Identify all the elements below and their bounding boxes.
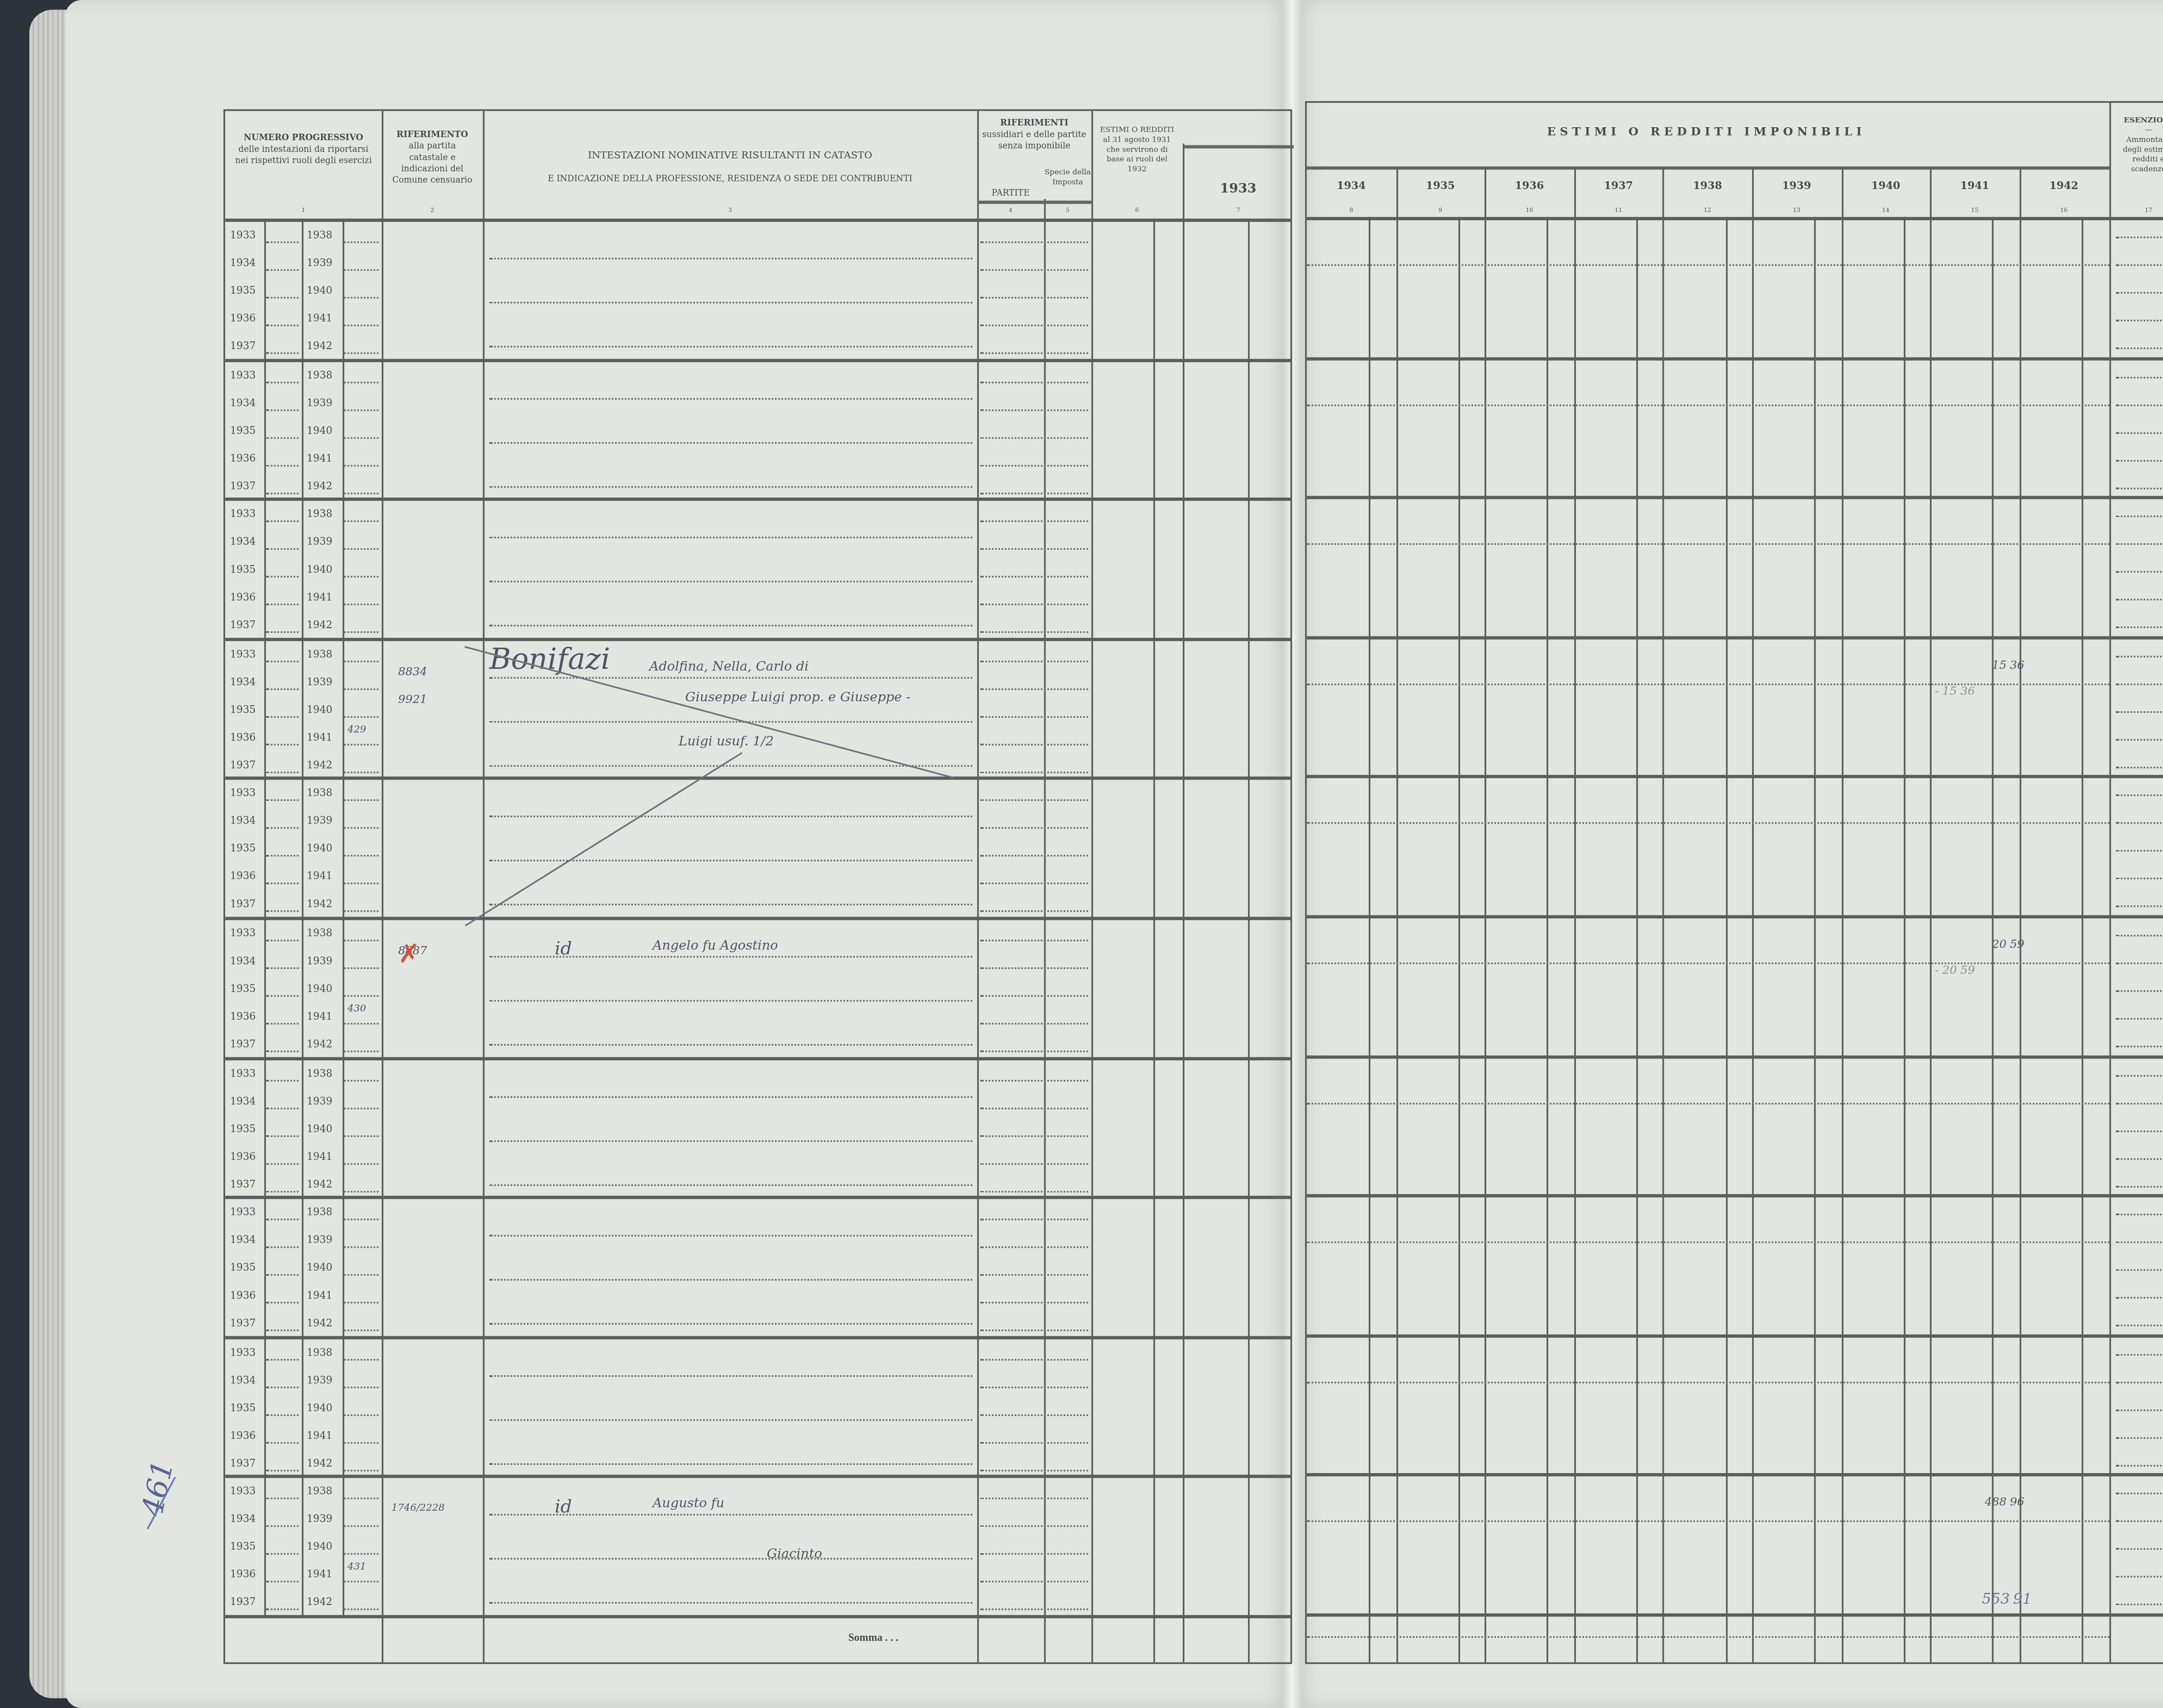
name-line[interactable] [489, 441, 972, 443]
cents-divider [1725, 217, 1727, 1663]
somma-line[interactable] [1307, 1636, 2109, 1638]
entry-line[interactable] [980, 1581, 1088, 1583]
block-divider [225, 358, 1290, 362]
entry-line[interactable] [266, 492, 298, 494]
esenzioni-line[interactable] [2116, 906, 2163, 908]
header-rule [1307, 167, 2109, 170]
block-divider [1307, 636, 2163, 639]
entry-line[interactable] [980, 437, 1088, 438]
entry-line[interactable] [266, 1135, 298, 1137]
value-line[interactable] [1307, 404, 2109, 406]
year-header: 1937 [1574, 181, 1663, 193]
entry-line[interactable] [266, 1358, 298, 1360]
entry-line[interactable] [266, 1470, 298, 1471]
entry-line[interactable] [266, 688, 298, 690]
entry-line[interactable] [344, 1247, 379, 1249]
entry-line[interactable] [344, 324, 379, 326]
entry-line[interactable] [980, 995, 1088, 997]
esenzioni-line[interactable] [2116, 599, 2163, 601]
entry-line[interactable] [266, 1442, 298, 1444]
entry-line[interactable] [980, 381, 1088, 383]
entry-line[interactable] [266, 297, 298, 299]
entry-line[interactable] [266, 632, 298, 633]
year-label: 1938 [307, 1487, 332, 1498]
block-divider [1307, 1055, 2163, 1058]
year-label: 1940 [307, 844, 332, 855]
entry-line[interactable] [344, 632, 379, 633]
header-esenzioni: ESENZIONI — Ammontare degli estimi o red… [2109, 117, 2163, 176]
year-label: 1940 [307, 984, 332, 995]
year-label: 1938 [307, 509, 332, 520]
name-line[interactable] [489, 1235, 972, 1237]
entry-line[interactable] [266, 1107, 298, 1109]
esenzioni-line[interactable] [2116, 1242, 2163, 1243]
entry-line[interactable] [980, 800, 1088, 802]
name-line[interactable] [489, 1000, 972, 1002]
esenzioni-line[interactable] [2116, 432, 2163, 433]
entry-line[interactable] [266, 1023, 298, 1024]
name-line[interactable] [489, 1463, 972, 1465]
name-line[interactable] [489, 1184, 972, 1185]
entry-line[interactable] [266, 1498, 298, 1500]
entry-line[interactable] [980, 241, 1088, 243]
esenzioni-line[interactable] [2116, 711, 2163, 713]
entry-line[interactable] [344, 1135, 379, 1137]
entry-line[interactable] [266, 1581, 298, 1583]
entry-line[interactable] [266, 995, 298, 997]
year-header: 1939 [1752, 181, 1841, 193]
entry-line[interactable] [344, 1190, 379, 1192]
entry-line[interactable] [980, 1190, 1088, 1192]
year-label: 1937 [230, 1319, 256, 1330]
year-label: 1937 [230, 1039, 256, 1050]
esenzioni-line[interactable] [2116, 1493, 2163, 1495]
esenzioni-line[interactable] [2116, 543, 2163, 545]
entry-line[interactable] [980, 1079, 1088, 1081]
entry-line[interactable] [266, 855, 298, 857]
entry-line[interactable] [266, 967, 298, 969]
entry-line[interactable] [980, 1162, 1088, 1164]
entry-line[interactable] [980, 1609, 1088, 1611]
header-bottom-rule [225, 218, 1290, 222]
esenzioni-line[interactable] [2116, 571, 2163, 573]
entry-line[interactable] [266, 576, 298, 578]
entry-line[interactable] [344, 1219, 379, 1220]
entry-line[interactable] [980, 688, 1088, 690]
value-line[interactable] [1307, 1102, 2109, 1104]
entry-line[interactable] [266, 1386, 298, 1388]
entry-line[interactable] [344, 549, 379, 550]
name-line[interactable] [489, 765, 972, 767]
esenzioni-line[interactable] [2116, 878, 2163, 880]
entry-line[interactable] [266, 604, 298, 606]
col-number: 13 [1752, 207, 1841, 214]
name-line[interactable] [489, 860, 972, 862]
name-line[interactable] [489, 485, 972, 487]
entry-line[interactable] [980, 1470, 1088, 1471]
esenzioni-line[interactable] [2116, 347, 2163, 349]
entry-line[interactable] [266, 744, 298, 745]
entry-line[interactable] [980, 632, 1088, 633]
header-col1-sub: delle intestazioni da riportarsi nei ris… [225, 145, 382, 168]
entry-line[interactable] [344, 1358, 379, 1360]
esenzioni-line[interactable] [2116, 1464, 2163, 1466]
entry-line[interactable] [344, 771, 379, 773]
entry-line[interactable] [344, 409, 379, 411]
year-label: 1938 [307, 369, 332, 381]
entry-line[interactable] [980, 521, 1088, 523]
esenzioni-line[interactable] [2116, 795, 2163, 797]
esenzioni-line[interactable] [2116, 1325, 2163, 1327]
esenzioni-line[interactable] [2116, 1130, 2163, 1132]
entry-line[interactable] [344, 744, 379, 745]
entry-line[interactable] [266, 828, 298, 829]
name-line[interactable] [489, 1279, 972, 1281]
entry-line[interactable] [344, 521, 379, 523]
entry-line[interactable] [980, 1135, 1088, 1137]
esenzioni-line[interactable] [2116, 767, 2163, 768]
entry-line[interactable] [266, 324, 298, 326]
entry-line[interactable] [344, 1581, 379, 1583]
value-line[interactable] [1307, 264, 2109, 266]
name-line[interactable] [489, 1140, 972, 1141]
entry-line[interactable] [344, 940, 379, 941]
entry-line[interactable] [344, 1275, 379, 1276]
entry-line[interactable] [344, 1107, 379, 1109]
name-line[interactable] [489, 816, 972, 818]
entry-line[interactable] [980, 1050, 1088, 1052]
esenzioni-line[interactable] [2116, 1381, 2163, 1383]
entry-line[interactable] [266, 1079, 298, 1081]
header-col1: NUMERO PROGRESSIVO delle intestazioni da… [225, 134, 382, 168]
entry-line[interactable] [266, 521, 298, 523]
entry-line[interactable] [344, 1554, 379, 1555]
col-divider [1153, 218, 1155, 1662]
form-code: Mod. III - Imposte Dirette (Intercalare)… [2121, 75, 2163, 86]
entry-line[interactable] [344, 911, 379, 913]
entry-line[interactable] [266, 269, 298, 271]
year-label: 1939 [307, 398, 332, 409]
value-line[interactable] [1307, 543, 2109, 545]
block-divider [1307, 1334, 2163, 1338]
esenzioni-line[interactable] [2116, 963, 2163, 964]
cents-divider [2082, 217, 2083, 1663]
esenzioni-line[interactable] [2116, 376, 2163, 378]
entry-line[interactable] [980, 324, 1088, 326]
entry-line[interactable] [980, 911, 1088, 913]
entry-line[interactable] [980, 660, 1088, 662]
entry-line[interactable] [266, 800, 298, 802]
entry-line[interactable] [980, 297, 1088, 299]
entry-line[interactable] [344, 241, 379, 243]
year-label: 1935 [230, 1263, 256, 1274]
entry-line[interactable] [344, 1386, 379, 1388]
entry-line[interactable] [344, 492, 379, 494]
entry-line[interactable] [980, 1330, 1088, 1332]
entry-line[interactable] [980, 1414, 1088, 1416]
year-label: 1937 [230, 481, 256, 492]
esenzioni-line[interactable] [2116, 1158, 2163, 1159]
entry-line[interactable] [344, 1023, 379, 1024]
name-line[interactable] [489, 302, 972, 304]
entry-line[interactable] [266, 1219, 298, 1220]
entry-line[interactable] [344, 352, 379, 354]
esenzioni-line[interactable] [2116, 487, 2163, 489]
entry-line[interactable] [980, 1442, 1088, 1444]
entry-line[interactable] [344, 688, 379, 690]
entry-line[interactable] [266, 464, 298, 466]
entry-line[interactable] [344, 464, 379, 466]
header-col4-5-sub: sussidiari e delle partite senza imponib… [977, 131, 1091, 154]
name-line[interactable] [489, 904, 972, 906]
entry-line[interactable] [980, 604, 1088, 606]
entry-line[interactable] [344, 1302, 379, 1304]
esenzioni-line[interactable] [2116, 1297, 2163, 1299]
entry-line[interactable] [980, 1219, 1088, 1220]
block-divider [1307, 915, 2163, 918]
esenzioni-line[interactable] [2116, 1214, 2163, 1216]
value-line[interactable] [1307, 1381, 2109, 1383]
entry-line[interactable] [980, 855, 1088, 857]
esenzioni-title: ESENZIONI [2109, 117, 2163, 127]
entry-line[interactable] [266, 1275, 298, 1276]
entry-line[interactable] [344, 297, 379, 299]
entry-line[interactable] [266, 911, 298, 913]
value-line[interactable] [1307, 823, 2109, 825]
esenzioni-line[interactable] [2116, 1354, 2163, 1355]
year-label: 1938 [307, 928, 332, 940]
entry-line[interactable] [266, 716, 298, 718]
entry-line[interactable] [980, 967, 1088, 969]
name-line[interactable] [489, 625, 972, 627]
name-line[interactable] [489, 537, 972, 539]
entry-line[interactable] [980, 409, 1088, 411]
red-cancel-mark: ✗ [398, 938, 420, 969]
entry-line[interactable] [266, 1609, 298, 1611]
entry-line[interactable] [980, 1526, 1088, 1528]
entry-line[interactable] [980, 1107, 1088, 1109]
value-line[interactable] [1307, 1521, 2109, 1523]
entry-line[interactable] [980, 1498, 1088, 1500]
entry-line[interactable] [266, 1247, 298, 1249]
block-divider [225, 498, 1290, 501]
esenzioni-line[interactable] [2116, 1102, 2163, 1104]
year-label: 1941 [307, 872, 332, 883]
year-label: 1935 [230, 286, 256, 297]
entry-line[interactable] [344, 1414, 379, 1416]
entry-line[interactable] [266, 437, 298, 438]
year-label: 1941 [307, 1011, 332, 1023]
entry-line[interactable] [344, 716, 379, 718]
entry-line[interactable] [344, 576, 379, 578]
esenzioni-line[interactable] [2116, 320, 2163, 321]
entry-line[interactable] [266, 409, 298, 411]
entry-line[interactable] [344, 1498, 379, 1500]
entry-line[interactable] [980, 464, 1088, 466]
entry-line[interactable] [266, 1330, 298, 1332]
name-line[interactable] [489, 1559, 972, 1560]
entry-line[interactable] [266, 771, 298, 773]
esenzioni-line[interactable] [2116, 1604, 2163, 1606]
entry-line[interactable] [266, 241, 298, 243]
entry-line[interactable] [344, 1470, 379, 1471]
name-line[interactable] [489, 677, 972, 678]
entry-name-line3: Luigi usuf. 1/2 [679, 734, 774, 748]
entry-line[interactable] [980, 1554, 1088, 1555]
entry-line[interactable] [980, 716, 1088, 718]
entry-line[interactable] [266, 1302, 298, 1304]
entry-surname: id [555, 1496, 572, 1518]
entry-line[interactable] [266, 1554, 298, 1555]
entry-line[interactable] [266, 940, 298, 941]
entry-line[interactable] [980, 828, 1088, 829]
year-label: 1941 [307, 1570, 332, 1581]
entry-line[interactable] [980, 940, 1088, 941]
esenzioni-line[interactable] [2116, 823, 2163, 825]
entry-line[interactable] [344, 1162, 379, 1164]
esenzioni-line[interactable] [2116, 990, 2163, 992]
name-line[interactable] [489, 1044, 972, 1046]
entry-line[interactable] [266, 352, 298, 354]
esenzioni-line[interactable] [2116, 516, 2163, 517]
esenzioni-line[interactable] [2116, 237, 2163, 238]
esenzioni-line[interactable] [2116, 1549, 2163, 1551]
entry-line[interactable] [980, 1275, 1088, 1276]
entry-line[interactable] [980, 352, 1088, 354]
year-label: 1942 [307, 481, 332, 492]
year-header: 1941 [1930, 181, 2019, 193]
esenzioni-line[interactable] [2116, 459, 2163, 461]
header-col3-title: INTESTAZIONI NOMINATIVE RISULTANTI IN CA… [483, 150, 977, 161]
esenzioni-line[interactable] [2116, 1185, 2163, 1187]
value-line[interactable] [1307, 1242, 2109, 1243]
esenzioni-line[interactable] [2116, 1046, 2163, 1047]
year-label: 1934 [230, 1375, 256, 1386]
col-divider [1091, 111, 1093, 1662]
block-divider [225, 917, 1290, 920]
entry-line[interactable] [344, 828, 379, 829]
entry-line[interactable] [980, 492, 1088, 494]
entry-line[interactable] [344, 437, 379, 438]
col-number: 7 [1183, 207, 1293, 214]
esenzioni-line[interactable] [2116, 404, 2163, 406]
entry-line[interactable] [266, 381, 298, 383]
name-line[interactable] [489, 1323, 972, 1325]
entry-line[interactable] [266, 1162, 298, 1164]
esenzioni-line[interactable] [2116, 1074, 2163, 1076]
entry-line[interactable] [266, 660, 298, 662]
header-col2-title: RIFERIMENTO [382, 131, 483, 142]
name-line[interactable] [489, 1602, 972, 1604]
somma-label: Somma . . . [848, 1633, 979, 1644]
entry-line[interactable] [344, 1330, 379, 1332]
esenzioni-line[interactable] [2116, 1576, 2163, 1578]
entry-line[interactable] [266, 883, 298, 885]
year-label: 1937 [230, 899, 256, 911]
esenzioni-line[interactable] [2116, 683, 2163, 685]
entry-line[interactable] [266, 1526, 298, 1528]
block-divider [225, 638, 1290, 641]
name-line[interactable] [489, 1375, 972, 1377]
entry-line[interactable] [266, 1050, 298, 1052]
esenzioni-line[interactable] [2116, 738, 2163, 740]
entry-line[interactable] [344, 1526, 379, 1528]
name-line[interactable] [489, 398, 972, 399]
entry-line[interactable] [344, 1079, 379, 1081]
year-label: 1939 [307, 816, 332, 828]
year-label: 1936 [230, 313, 256, 324]
name-line[interactable] [489, 581, 972, 583]
entry-line[interactable] [980, 1358, 1088, 1360]
entry-line[interactable] [980, 744, 1088, 745]
entry-line[interactable] [980, 1386, 1088, 1388]
name-line[interactable] [489, 346, 972, 347]
entry-line[interactable] [266, 549, 298, 550]
esenzioni-line[interactable] [2116, 292, 2163, 294]
value-line[interactable] [1307, 683, 2109, 685]
block-divider [1307, 1194, 2163, 1198]
year-label: 1940 [307, 286, 332, 297]
esenzioni-line[interactable] [2116, 1018, 2163, 1020]
col-number: 14 [1841, 207, 1930, 214]
esenzioni-line[interactable] [2116, 627, 2163, 629]
entry-line[interactable] [980, 549, 1088, 550]
value-line[interactable] [1307, 963, 2109, 964]
entry-line[interactable] [980, 883, 1088, 885]
block-divider [225, 1336, 1290, 1339]
entry-line[interactable] [344, 660, 379, 662]
esenzioni-line[interactable] [2116, 655, 2163, 657]
entry-line[interactable] [344, 1609, 379, 1611]
esenzioni-line[interactable] [2116, 851, 2163, 852]
entry-line[interactable] [980, 269, 1088, 271]
entry-line[interactable] [344, 1442, 379, 1444]
entry-line[interactable] [980, 771, 1088, 773]
entry-line[interactable] [344, 800, 379, 802]
esenzioni-line[interactable] [2116, 1269, 2163, 1271]
entry-line[interactable] [344, 381, 379, 383]
name-line[interactable] [489, 258, 972, 260]
entry-line[interactable] [344, 855, 379, 857]
entry-line[interactable] [344, 995, 379, 997]
name-line[interactable] [489, 1095, 972, 1097]
entry-line[interactable] [344, 1050, 379, 1052]
esenzioni-line[interactable] [2116, 935, 2163, 937]
entry-line[interactable] [266, 1414, 298, 1416]
entry-line[interactable] [980, 1302, 1088, 1304]
entry-line[interactable] [344, 967, 379, 969]
esenzioni-line[interactable] [2116, 264, 2163, 266]
entry-line[interactable] [266, 1190, 298, 1192]
estimi-group-title: ESTIMI O REDDITI IMPONIBILI [1307, 125, 2106, 137]
name-line[interactable] [489, 1419, 972, 1421]
esenzioni-line[interactable] [2116, 1437, 2163, 1438]
entry-line[interactable] [980, 1247, 1088, 1249]
esenzioni-line[interactable] [2116, 1521, 2163, 1523]
partita-number: 8834 [398, 665, 427, 678]
year-header: 1942 [2019, 181, 2108, 193]
entry-line[interactable] [980, 1023, 1088, 1024]
year-label: 1942 [307, 760, 332, 771]
esenzioni-sub: Ammontare degli estimi o redditi e scade… [2109, 137, 2163, 176]
entry-line[interactable] [980, 576, 1088, 578]
esenzioni-line[interactable] [2116, 1409, 2163, 1411]
entry-line[interactable] [344, 269, 379, 271]
entry-line[interactable] [344, 883, 379, 885]
entry-line[interactable] [344, 604, 379, 606]
year-label: 1935 [230, 1403, 256, 1414]
name-line[interactable] [489, 721, 972, 722]
